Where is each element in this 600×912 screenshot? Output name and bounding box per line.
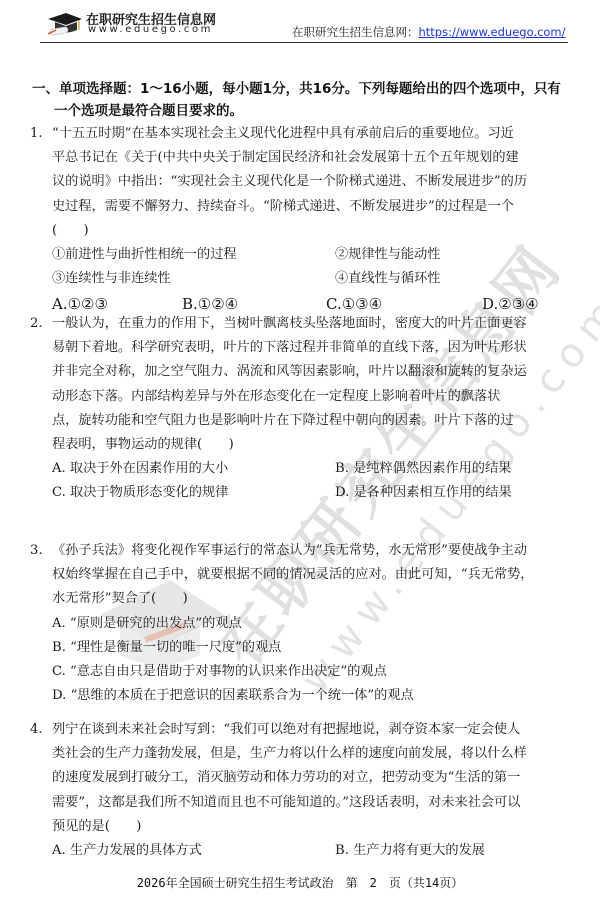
- option-a[interactable]: A. 生产力发展的具体方式: [52, 839, 202, 863]
- page-footer: 2026年全国硕士研究生招生考试政治 第 2 页（共14页）: [0, 874, 600, 891]
- site-link[interactable]: https://www.eduego.com/: [419, 25, 566, 39]
- stem-line: 平总书记在《关于(中共中央关于制定国民经济和社会发展第十五个五年规划的建: [52, 146, 578, 170]
- page-header: 在职研究生招生信息网 www.eduego.com 在职研究生招生信息网：htt…: [0, 0, 600, 48]
- option-b[interactable]: B. 生产力将有更大的发展: [335, 839, 485, 863]
- stem-line: 需要”，这都是我们所不知道而且也不可能知道的。”这段话表明，对未来社会可以: [52, 791, 578, 815]
- graduation-cap-icon: [46, 10, 84, 38]
- option-d[interactable]: D. 是各种因素相互作用的结果: [335, 481, 512, 505]
- option-d[interactable]: D. “思维的本质在于把意识的因素联系合为一个统一体”的观点: [30, 684, 578, 708]
- stem-line: “十五五时期”在基本实现社会主义现代化进程中具有承前启后的重要地位。习近: [52, 122, 578, 146]
- stem-line: 的速度发展到打破分工，消灭脑劳动和体力劳功的对立，把劳动变为“生活的第一: [52, 766, 578, 790]
- stem-line: 类社会的生产力蓬勃发展，但是，生产力将以什么样的速度向前发展，将以什么样: [52, 742, 578, 766]
- question-number: 3.: [30, 539, 43, 563]
- stem-line: 《孙子兵法》将变化视作军事运行的常态认为“兵无常势，水无常形”要使战争主动: [52, 539, 578, 563]
- site-logo[interactable]: 在职研究生招生信息网 www.eduego.com: [40, 6, 240, 42]
- item-2: ②规律性与能动性: [335, 243, 441, 267]
- answer-blank: ( ): [52, 219, 578, 243]
- option-c[interactable]: C. 取决于物质形态变化的规律: [52, 481, 228, 505]
- question-stem: 1. “十五五时期”在基本实现社会主义现代化进程中具有承前启后的重要地位。习近 …: [30, 122, 578, 243]
- logo-url: www.eduego.com: [88, 24, 213, 35]
- item-row: ①前进性与曲折性相统一的过程 ②规律性与能动性: [30, 243, 578, 267]
- header-divider-right: [302, 42, 568, 43]
- option-c[interactable]: C. “意志自由只是借助于对事物的认识来作出决定”的观点: [30, 660, 578, 684]
- stem-line: 动形态下落。内部结构差异与外在形态变化在一定程度上影响着叶片的飘落状: [52, 385, 578, 409]
- option-a[interactable]: A. 取决于外在因素作用的大小: [52, 457, 228, 481]
- question-2: 2. 一般认为，在重力的作用下，当树叶飘离枝头坠落地面时，密度大的叶片正面更容 …: [30, 312, 578, 505]
- option-b[interactable]: B. 是纯粹偶然因素作用的结果: [335, 457, 511, 481]
- section-title: 一、单项选择题：1～16小题，每小题1分，共16分。下列每题给出的四个选项中，只…: [32, 78, 572, 122]
- stem-line: 预见的是( ): [52, 815, 578, 839]
- question-stem: 4. 列宁在谈到未来社会时写到：“我们可以绝对有把握地说，剥夺资本家一定会使人 …: [30, 718, 578, 839]
- question-3: 3. 《孙子兵法》将变化视作军事运行的常态认为“兵无常势，水无常形”要使战争主动…: [30, 539, 578, 708]
- stem-line: 并非完全对称，加之空气阻力、涡流和风等因素影响，叶片以翻滚和旋转的复杂运: [52, 360, 578, 384]
- stem-line: 点，旋转功能和空气阻力也是影响叶片在下降过程中朝向的因素。叶片下落的过: [52, 409, 578, 433]
- stem-line: 一般认为，在重力的作用下，当树叶飘离枝头坠落地面时，密度大的叶片正面更容: [52, 312, 578, 336]
- item-3: ③连续性与非连续性: [52, 267, 171, 291]
- section-title-line2: 一个选项是最符合题目要求的。: [32, 100, 572, 122]
- stem-line: 权始终掌握在自己手中，就要根据不同的情况灵活的应对。由此可知，“兵无常势，: [52, 563, 578, 587]
- item-1: ①前进性与曲折性相统一的过程: [52, 243, 237, 267]
- stem-line: 程表明，事物运动的规律( ): [52, 433, 578, 457]
- question-number: 2.: [30, 312, 43, 336]
- header-divider-left: [40, 42, 302, 43]
- site-link-line: 在职研究生招生信息网：https://www.eduego.com/: [292, 24, 566, 40]
- question-1: 1. “十五五时期”在基本实现社会主义现代化进程中具有承前启后的重要地位。习近 …: [30, 122, 578, 317]
- question-stem: 3. 《孙子兵法》将变化视作军事运行的常态认为“兵无常势，水无常形”要使战争主动…: [30, 539, 578, 612]
- stem-line: 列宁在谈到未来社会时写到：“我们可以绝对有把握地说，剥夺资本家一定会使人: [52, 718, 578, 742]
- stem-line: 议的说明》中指出：“实现社会主义现代化是一个阶梯式递进、不断发展进步”的历: [52, 170, 578, 194]
- site-label: 在职研究生招生信息网：: [292, 25, 419, 39]
- item-4: ④直线性与循环性: [335, 267, 441, 291]
- stem-line: 水无常形”契合了( ): [52, 587, 578, 611]
- option-row: A. 取决于外在因素作用的大小 B. 是纯粹偶然因素作用的结果: [30, 457, 578, 481]
- question-4: 4. 列宁在谈到未来社会时写到：“我们可以绝对有把握地说，剥夺资本家一定会使人 …: [30, 718, 578, 863]
- question-number: 1.: [30, 122, 43, 146]
- stem-line: 史过程，需要不懈努力、持续奋斗。“阶梯式递进、不断发展进步”的过程是一个: [52, 195, 578, 219]
- question-stem: 2. 一般认为，在重力的作用下，当树叶飘离枝头坠落地面时，密度大的叶片正面更容 …: [30, 312, 578, 457]
- option-b[interactable]: B. “理性是衡量一切的唯一尺度”的观点: [30, 636, 578, 660]
- option-row: C. 取决于物质形态变化的规律 D. 是各种因素相互作用的结果: [30, 481, 578, 505]
- option-row: A. 生产力发展的具体方式 B. 生产力将有更大的发展: [30, 839, 578, 863]
- question-number: 4.: [30, 718, 43, 742]
- stem-line: 易朝下着地。科学研究表明，叶片的下落过程并非简单的直线下落，因为叶片形状: [52, 336, 578, 360]
- section-title-line1: 一、单项选择题：1～16小题，每小题1分，共16分。下列每题给出的四个选项中，只…: [32, 81, 561, 97]
- option-a[interactable]: A. “原则是研究的出发点”的观点: [30, 612, 578, 636]
- item-row: ③连续性与非连续性 ④直线性与循环性: [30, 267, 578, 291]
